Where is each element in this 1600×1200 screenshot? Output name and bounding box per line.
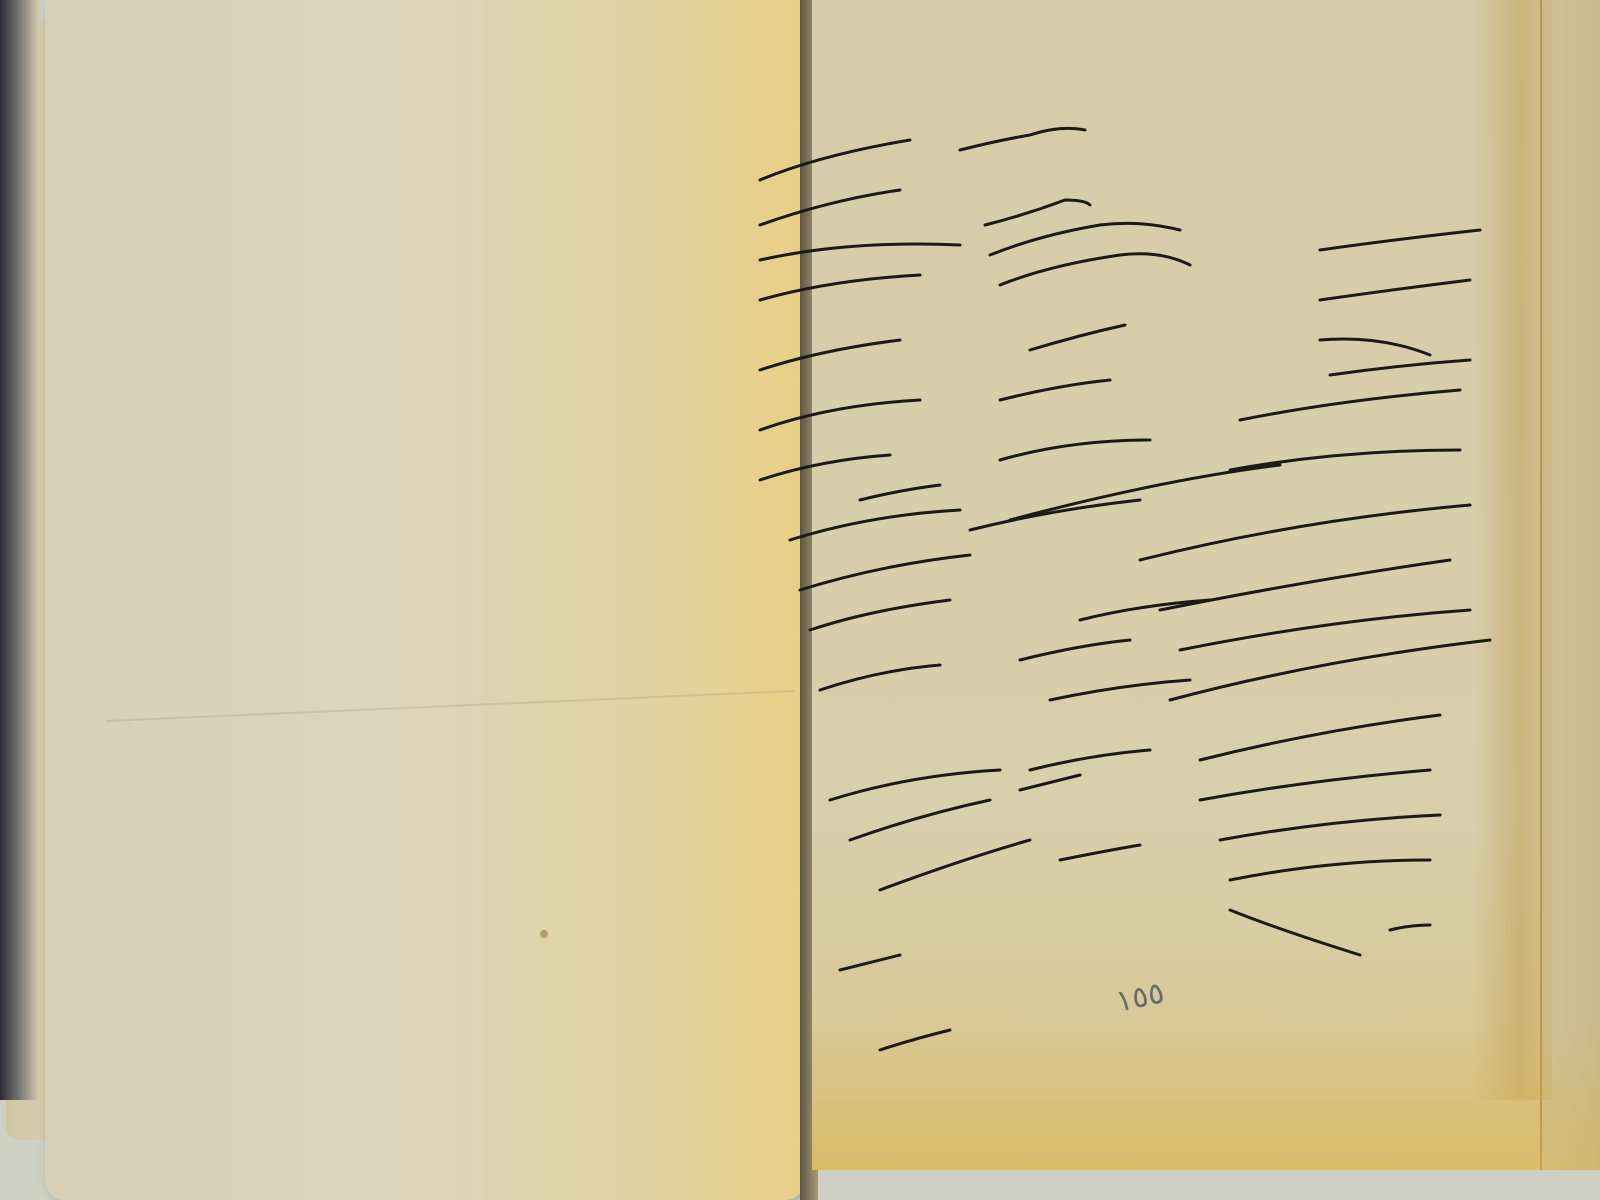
book-photo: ١٥٥ <box>0 0 1600 1200</box>
handwritten-script <box>0 0 1600 1200</box>
